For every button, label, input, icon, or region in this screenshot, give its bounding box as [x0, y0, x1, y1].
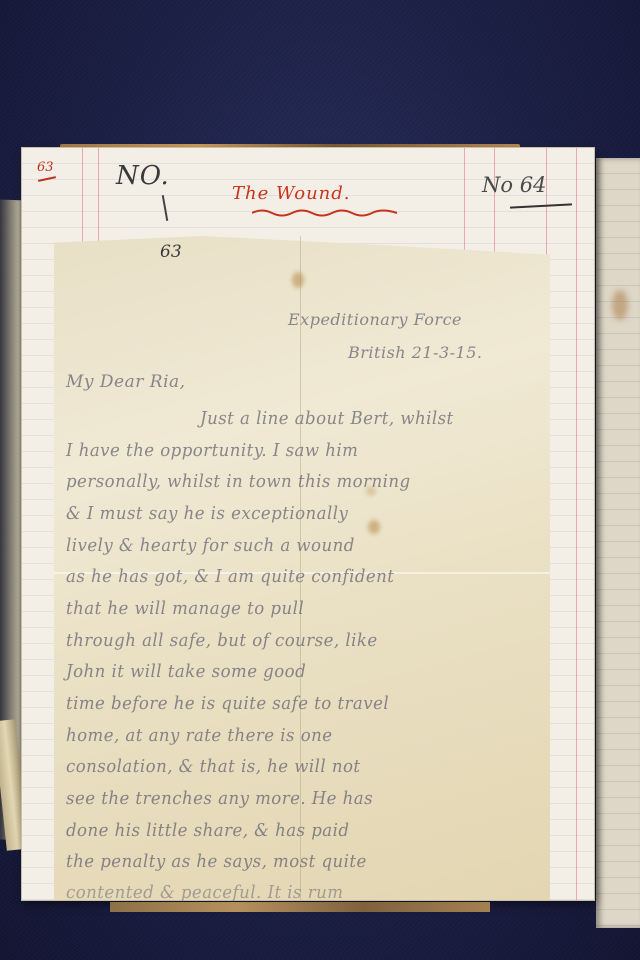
letter-line: time before he is quite safe to travel — [66, 693, 389, 714]
margin-line — [576, 148, 577, 900]
entry-number: No 64 — [482, 173, 546, 197]
letter-line: see the trenches any more. He has — [66, 788, 373, 809]
letter-line: through all safe, but of course, like — [66, 630, 378, 651]
letter-bottom-edge — [110, 902, 490, 912]
right-facing-page — [596, 158, 640, 928]
letter-line: home, at any rate there is one — [66, 725, 333, 746]
letter-line: done his little share, & has paid — [66, 820, 349, 841]
number-label: NO. — [116, 161, 170, 191]
letter-address-line: Expeditionary Force — [288, 310, 462, 329]
stain — [292, 272, 304, 288]
letter-salutation: My Dear Ria, — [66, 372, 186, 392]
letter-line: personally, whilst in town this morning — [66, 471, 411, 492]
wavy-underline-icon — [252, 208, 402, 218]
corner-page-number: 63 — [37, 160, 54, 175]
letter-line: I have the opportunity. I saw him — [66, 440, 358, 461]
letter-line: contented & peaceful. It is rum — [66, 882, 343, 903]
letter-line: consolation, & that is, he will not — [66, 756, 361, 777]
letter-line: that he will manage to pull — [66, 598, 304, 619]
letter-date-line: British 21-3-15. — [348, 343, 482, 362]
letter-line: the penalty as he says, most quite — [66, 851, 367, 872]
letter-line: Just a line about Bert, whilst — [200, 408, 454, 429]
letter-page-number: 63 — [160, 242, 182, 262]
stain — [368, 520, 380, 534]
letter-line: John it will take some good — [66, 661, 306, 682]
letter-line: & I must say he is exceptionally — [66, 503, 348, 524]
stain — [612, 290, 628, 320]
letter-line: as he has got, & I am quite confident — [66, 566, 394, 587]
ledger-title: The Wound. — [232, 183, 351, 204]
letter-line: lively & hearty for such a wound — [66, 535, 355, 556]
